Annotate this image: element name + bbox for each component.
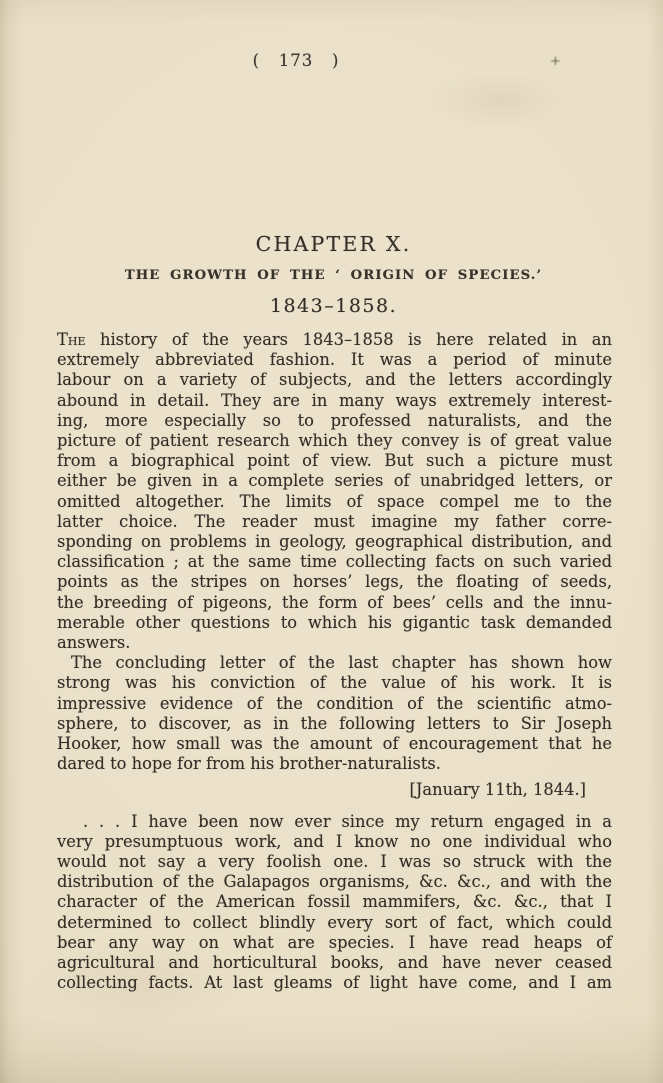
text-line: sponding on problems in geology, geograp… xyxy=(57,532,612,552)
text-line: classification ; at the same time collec… xyxy=(57,552,612,572)
chapter-years: 1843–1858. xyxy=(55,295,612,317)
text-line: very presumptuous work, and I know no on… xyxy=(57,832,612,852)
text-line: omitted altogether. The limits of space … xyxy=(57,492,612,512)
paper-smudge xyxy=(430,70,570,130)
text-line: The history of the years 1843–1858 is he… xyxy=(57,330,612,350)
chapter-subtitle: THE GROWTH OF THE ‘ ORIGIN OF SPECIES.’ xyxy=(55,268,612,283)
text-line: impressive evidence of the condition of … xyxy=(57,694,612,714)
text-line: . . . I have been now ever since my retu… xyxy=(57,812,612,832)
text-line: bear any way on what are species. I have… xyxy=(57,933,612,953)
paragraph-1: The history of the years 1843–1858 is he… xyxy=(57,330,612,653)
text-line: determined to collect blindly every sort… xyxy=(57,913,612,933)
book-page-scan: ( 173 ) + CHAPTER X. THE GROWTH OF THE ‘… xyxy=(0,0,663,1083)
smallcaps-lead: The xyxy=(57,330,85,349)
page-number: ( 173 ) xyxy=(55,51,537,70)
paragraph-3: . . . I have been now ever since my retu… xyxy=(57,812,612,994)
text-line: sphere, to discover, as in the following… xyxy=(57,714,612,734)
text-line: agricultural and horticultural books, an… xyxy=(57,953,612,973)
text-line: distribution of the Galapagos organisms,… xyxy=(57,872,612,892)
text-line: points as the stripes on horses’ legs, t… xyxy=(57,572,612,592)
chapter-heading: CHAPTER X. xyxy=(55,232,612,256)
text-line: labour on a variety of subjects, and the… xyxy=(57,370,612,390)
letter-date: [January 11th, 1844.] xyxy=(57,780,612,800)
text-line: abound in detail. They are in many ways … xyxy=(57,391,612,411)
text-line: the breeding of pigeons, the form of bee… xyxy=(57,593,612,613)
text-line: strong was his conviction of the value o… xyxy=(57,673,612,693)
text-line: either be given in a complete series of … xyxy=(57,471,612,491)
text-line: character of the American fossil mammife… xyxy=(57,892,612,912)
text-line: extremely abbreviated fashion. It was a … xyxy=(57,350,612,370)
text-line: latter choice. The reader must imagine m… xyxy=(57,512,612,532)
text-line-rest: history of the years 1843–1858 is here r… xyxy=(85,330,612,349)
text-line: picture of patient research which they c… xyxy=(57,431,612,451)
pencil-mark: + xyxy=(550,54,565,69)
text-line: merable other questions to which his gig… xyxy=(57,613,612,633)
body-text: The history of the years 1843–1858 is he… xyxy=(57,330,612,994)
paragraph-2: The concluding letter of the last chapte… xyxy=(57,653,612,774)
text-line: collecting facts. At last gleams of ligh… xyxy=(57,973,612,993)
text-line: Hooker, how small was the amount of enco… xyxy=(57,734,612,754)
text-line: answers. xyxy=(57,633,612,653)
text-line: ing, more especially so to professed nat… xyxy=(57,411,612,431)
text-line: would not say a very foolish one. I was … xyxy=(57,852,612,872)
text-line: dared to hope for from his brother-natur… xyxy=(57,754,612,774)
text-line: The concluding letter of the last chapte… xyxy=(57,653,612,673)
text-line: from a biographical point of view. But s… xyxy=(57,451,612,471)
